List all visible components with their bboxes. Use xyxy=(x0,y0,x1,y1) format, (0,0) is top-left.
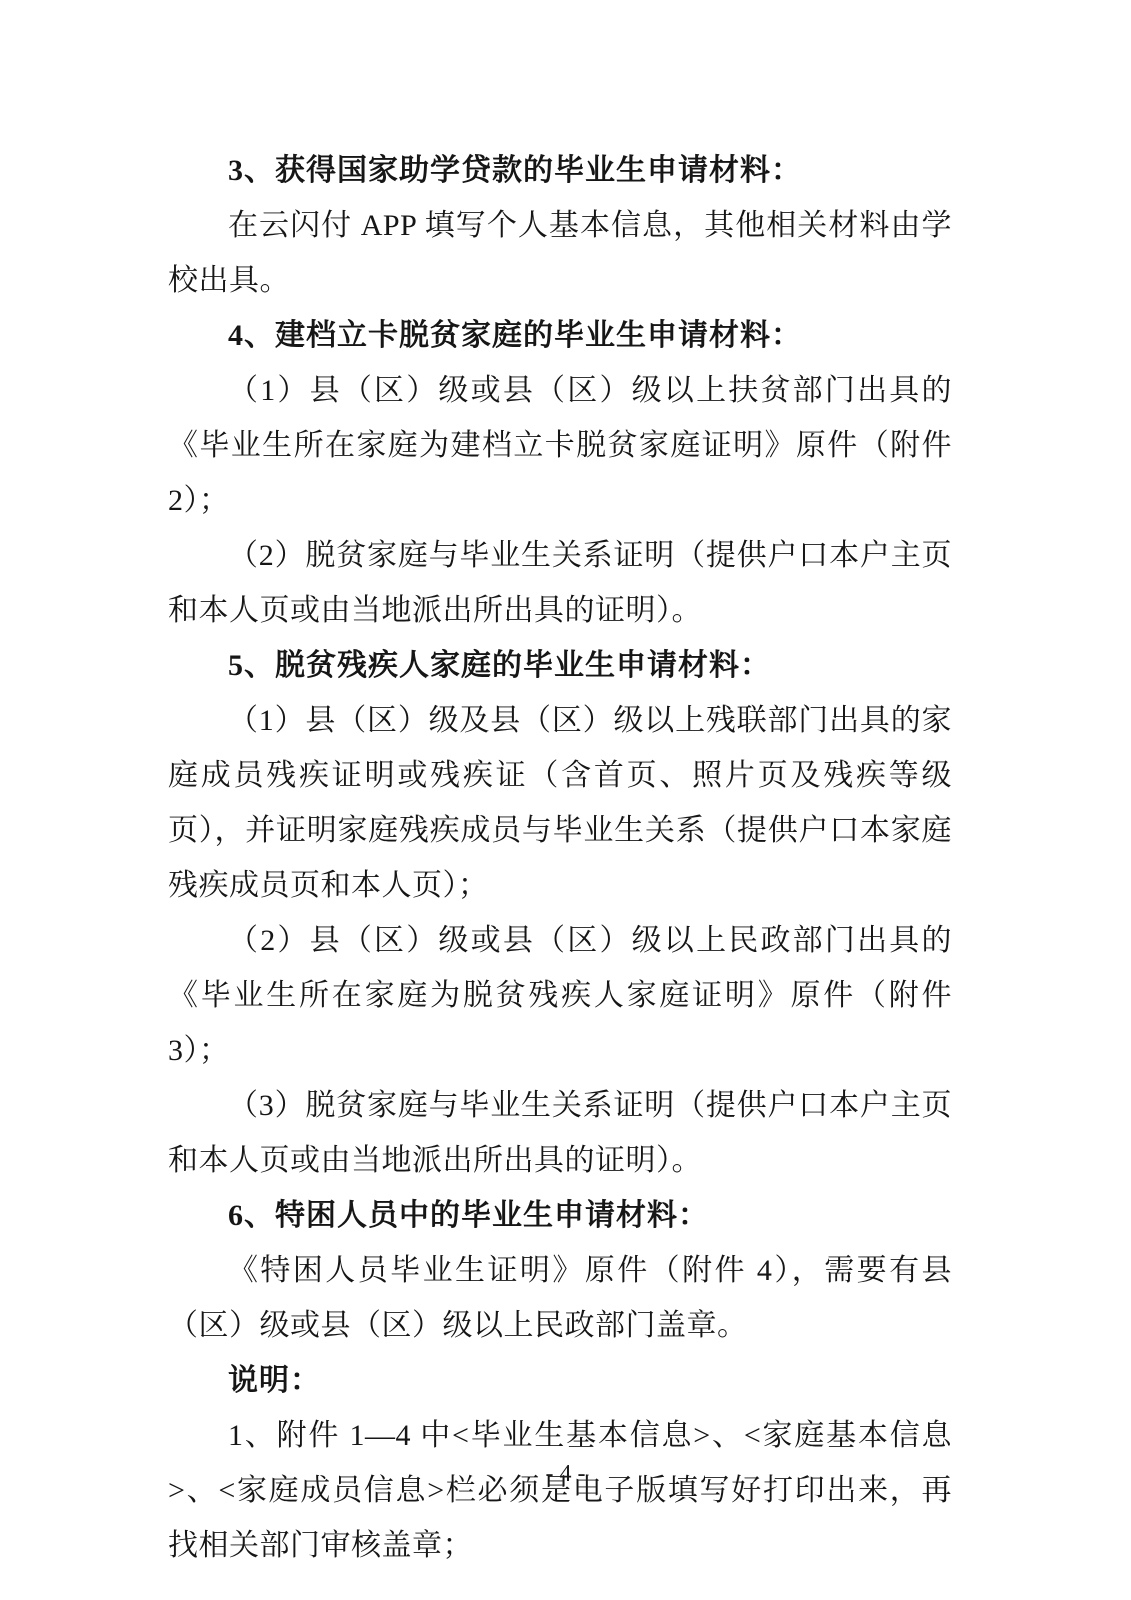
section-5-item-2: （2）县（区）级或县（区）级以上民政部门出具的《毕业生所在家庭为脱贫残疾人家庭证… xyxy=(168,913,952,1078)
document-content: 3、获得国家助学贷款的毕业生申请材料： 在云闪付 APP 填写个人基本信息，其他… xyxy=(168,143,952,1573)
section-4-heading: 4、建档立卡脱贫家庭的毕业生申请材料： xyxy=(168,308,952,363)
section-4-item-2: （2）脱贫家庭与毕业生关系证明（提供户口本户主页和本人页或由当地派出所出具的证明… xyxy=(168,528,952,638)
section-5-heading: 5、脱贫残疾人家庭的毕业生申请材料： xyxy=(168,638,952,693)
section-3-paragraph: 在云闪付 APP 填写个人基本信息，其他相关材料由学校出具。 xyxy=(168,198,952,308)
section-5-item-3: （3）脱贫家庭与毕业生关系证明（提供户口本户主页和本人页或由当地派出所出具的证明… xyxy=(168,1078,952,1188)
section-6-heading: 6、特困人员中的毕业生申请材料： xyxy=(168,1188,952,1243)
section-3-heading: 3、获得国家助学贷款的毕业生申请材料： xyxy=(168,143,952,198)
notes-heading: 说明： xyxy=(168,1353,952,1408)
section-6-paragraph: 《特困人员毕业生证明》原件（附件 4），需要有县（区）级或县（区）级以上民政部门… xyxy=(168,1243,952,1353)
page-number: - 4 - xyxy=(0,1458,1131,1490)
notes-item-1: 1、附件 1—4 中<毕业生基本信息>、<家庭基本信息>、<家庭成员信息>栏必须… xyxy=(168,1408,952,1573)
section-4-item-1: （1）县（区）级或县（区）级以上扶贫部门出具的《毕业生所在家庭为建档立卡脱贫家庭… xyxy=(168,363,952,528)
document-page: 3、获得国家助学贷款的毕业生申请材料： 在云闪付 APP 填写个人基本信息，其他… xyxy=(0,0,1131,1600)
section-5-item-1: （1）县（区）级及县（区）级以上残联部门出具的家庭成员残疾证明或残疾证（含首页、… xyxy=(168,693,952,913)
